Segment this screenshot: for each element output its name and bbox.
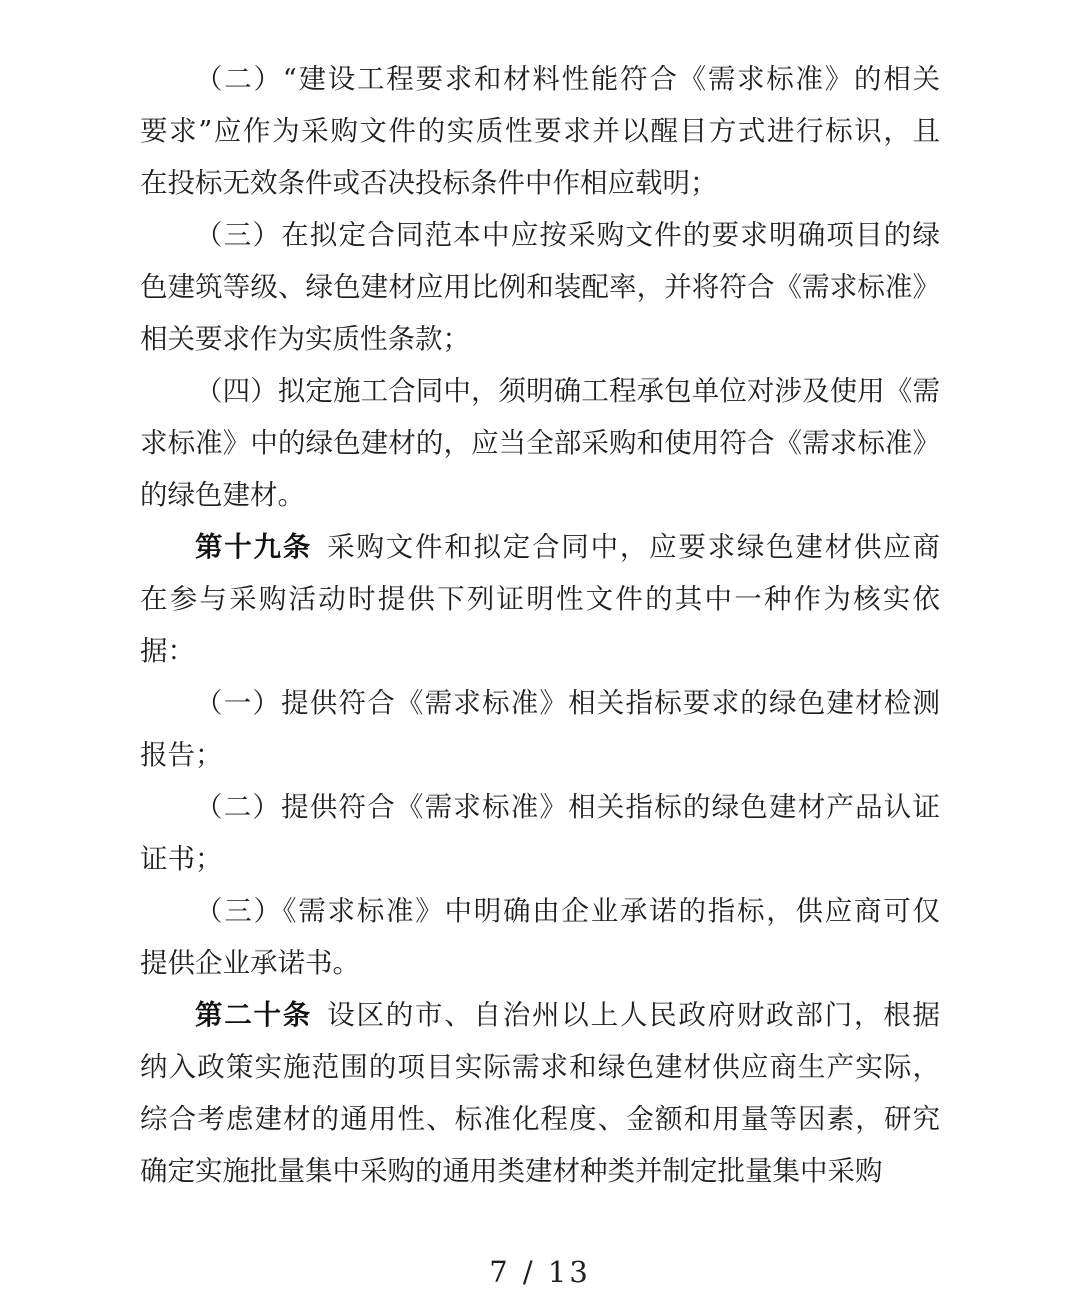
article-number: 第十九条 [195, 531, 312, 563]
text-line: 第二十条设区的市、自治州以上人民政府财政部门，根据 [140, 989, 940, 1041]
text-line: 在投标无效条件或否决投标条件中作相应载明； [140, 157, 940, 209]
document-body: （二）“建设工程要求和材料性能符合《需求标准》的相关要求”应作为采购文件的实质性… [140, 53, 940, 1197]
text-line: 纳入政策实施范围的项目实际需求和绿色建材供应商生产实际， [140, 1041, 940, 1093]
text-line: 在参与采购活动时提供下列证明性文件的其中一种作为核实依 [140, 573, 940, 625]
text-line: 提供企业承诺书。 [140, 937, 940, 989]
text-line: 综合考虑建材的通用性、标准化程度、金额和用量等因素，研究 [140, 1093, 940, 1145]
text-line: 要求”应作为采购文件的实质性要求并以醒目方式进行标识，且 [140, 105, 940, 157]
page-footer: 7 / 13 [0, 1255, 1080, 1289]
page-number: 7 / 13 [489, 1255, 591, 1289]
text-line: 确定实施批量集中采购的通用类建材种类并制定批量集中采购 [140, 1145, 940, 1197]
text-line: （四）拟定施工合同中，须明确工程承包单位对涉及使用《需 [140, 365, 940, 417]
text-line: 据： [140, 625, 940, 677]
text-line: 报告； [140, 729, 940, 781]
text-line: （二）“建设工程要求和材料性能符合《需求标准》的相关 [140, 53, 940, 105]
text-line: 相关要求作为实质性条款； [140, 313, 940, 365]
text-line: 证书； [140, 833, 940, 885]
text-line: 色建筑等级、绿色建材应用比例和装配率，并将符合《需求标准》 [140, 261, 940, 313]
text-line: （二）提供符合《需求标准》相关指标的绿色建材产品认证 [140, 781, 940, 833]
text-line: （三）《需求标准》中明确由企业承诺的指标，供应商可仅 [140, 885, 940, 937]
text-line: （三）在拟定合同范本中应按采购文件的要求明确项目的绿 [140, 209, 940, 261]
text-line: 的绿色建材。 [140, 469, 940, 521]
text-line: （一）提供符合《需求标准》相关指标要求的绿色建材检测 [140, 677, 940, 729]
text-line: 求标准》中的绿色建材的，应当全部采购和使用符合《需求标准》 [140, 417, 940, 469]
text-line: 第十九条采购文件和拟定合同中，应要求绿色建材供应商 [140, 521, 940, 573]
document-page: （二）“建设工程要求和材料性能符合《需求标准》的相关要求”应作为采购文件的实质性… [0, 0, 1080, 1293]
article-number: 第二十条 [195, 999, 312, 1031]
